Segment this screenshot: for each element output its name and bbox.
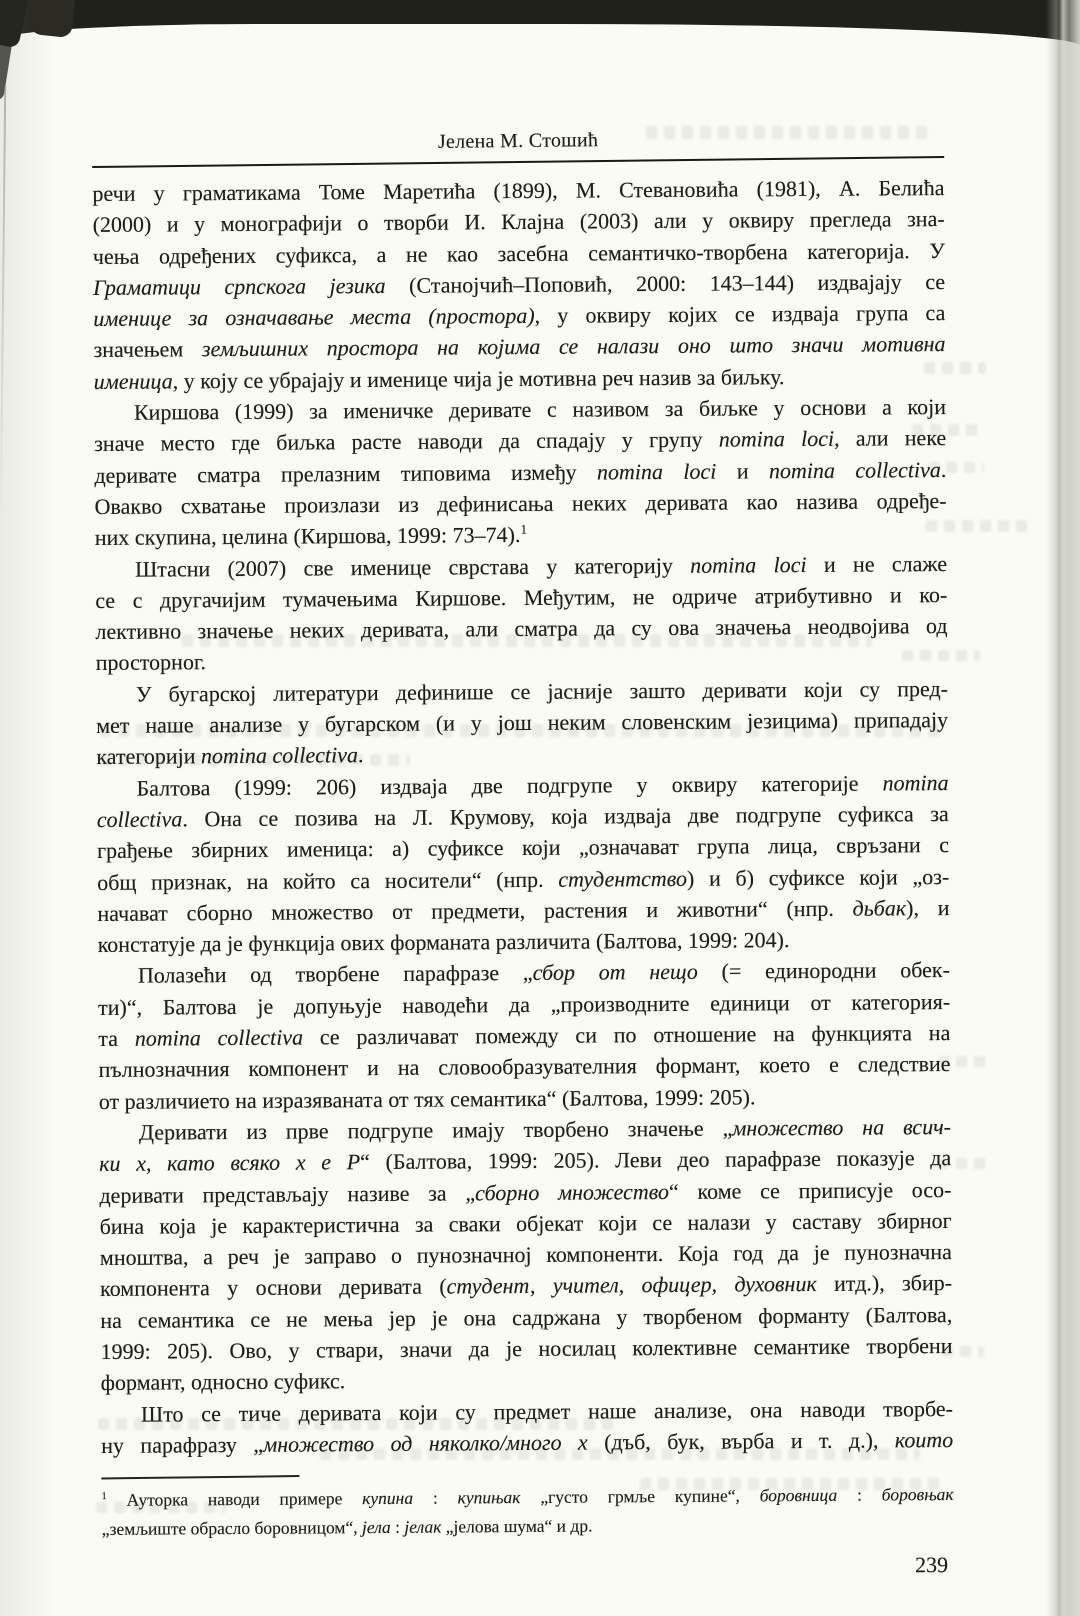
text-segment: деривате сматра прелазним типовима измеђ…: [94, 459, 597, 488]
text-segment: ) и б) суфиксе који „оз-: [687, 864, 949, 891]
text-segment: (2000) и у монографији о творби И. Клајн…: [93, 206, 945, 237]
italic-text: јела: [362, 1517, 391, 1537]
italic-text: студент, учител, офицер, духовник: [447, 1271, 817, 1299]
italic-text: collectiva: [97, 806, 183, 832]
footnote-text: 1 Ауторка наводи примере купина : купиња…: [101, 1480, 953, 1544]
italic-text: купина: [362, 1488, 413, 1508]
text-segment: компонента у основи деривата (: [100, 1274, 447, 1301]
italic-text: множество на всич-: [732, 1114, 951, 1141]
text-segment: Балтова (1999: 206) издваја две подгрупе…: [136, 770, 882, 800]
page-content: Јелена М. Стошић речи у граматикама Томе…: [92, 127, 954, 1584]
text-segment: 1999: 205). Ово, у ствари, значи да је н…: [100, 1333, 952, 1364]
italic-text: ки х, като всяко х е Р: [99, 1149, 360, 1176]
text-segment: :: [413, 1488, 458, 1508]
text-segment: Полазећи од творбене парафразе „: [138, 960, 533, 988]
text-segment: Штасни (2007) све именице сврстава у кат…: [135, 552, 690, 581]
text-segment: ), и: [906, 895, 950, 920]
text-segment: начават сборно множество от предмети, ра…: [97, 896, 852, 926]
text-segment: се с другачијим тумачењима Киршове. Међу…: [95, 582, 947, 613]
scanned-page: { "header": { "author": "Јелена М. Стоши…: [0, 0, 1080, 1616]
binder-clamp-shadow: [28, 0, 77, 38]
italic-text: именица: [94, 368, 173, 394]
italic-text: nomina collectiva: [201, 742, 358, 768]
text-segment: речи у граматикама Томе Маретића (1899),…: [92, 175, 944, 206]
text-segment: от различието на изразяваната от тях сем…: [99, 1084, 756, 1114]
text-line: мет наше анализе у бугарском (и у још не…: [96, 704, 948, 741]
footnote-rule: [101, 1475, 299, 1479]
text-line: пълнозначния компонент и на словообразув…: [98, 1048, 950, 1085]
text-line: 1999: 205). Ово, у ствари, значи да је н…: [100, 1330, 952, 1367]
text-segment: итд.), збир-: [817, 1270, 953, 1296]
text-segment: “ (Балтова, 1999: 205). Леви део парафра…: [360, 1145, 951, 1174]
text-line: 1 Ауторка наводи примере купина : купиња…: [101, 1480, 953, 1515]
italic-text: nomina: [882, 770, 948, 795]
text-segment: лективно значење неких деривата, али сма…: [95, 613, 947, 644]
text-segment: значе место где биљка расте наводи да сп…: [94, 427, 719, 456]
page-edge-shadow: [1046, 0, 1080, 1616]
text-segment: „густо грмље купине“,: [520, 1486, 759, 1508]
text-line: Овакво схватање произлази из дефинисања …: [95, 485, 947, 522]
text-segment: мноштва, а реч је заправо о пунозначној …: [100, 1239, 952, 1270]
text-segment: , у коју се убрајају и именице чија је м…: [173, 364, 785, 393]
text-segment: (= единородни обек-: [698, 957, 950, 984]
text-segment: :: [837, 1485, 882, 1505]
text-segment: “ коме се приписује осо-: [669, 1177, 952, 1204]
text-segment: Ауторка наводи примере: [107, 1488, 363, 1510]
italic-text: боровница: [760, 1485, 838, 1506]
italic-text: nomina loci: [690, 552, 806, 578]
text-segment: .: [941, 457, 947, 482]
italic-text: които: [895, 1427, 954, 1452]
text-segment: них скупина, целина (Киршова, 1999: 73–7…: [95, 522, 521, 550]
italic-text: nomina collectiva: [135, 1025, 303, 1051]
text-segment: та: [98, 1026, 135, 1051]
text-segment: чења одређених суфикса, а не као засебна…: [93, 238, 945, 269]
text-segment: просторног.: [96, 650, 206, 676]
text-segment: значењем: [93, 337, 202, 363]
italic-text: студентство: [558, 865, 687, 891]
italic-text: nomina collectiva: [769, 457, 941, 483]
italic-text: земљишних простора на којима се налази о…: [202, 332, 946, 362]
text-segment: пълнозначния компонент и на словообразув…: [98, 1051, 950, 1082]
body-text: речи у граматикама Томе Маретића (1899),…: [92, 172, 953, 1461]
italic-text: сбор от нещо: [533, 959, 698, 985]
footnote-ref: 1: [520, 522, 527, 537]
text-segment: :: [391, 1517, 405, 1537]
text-segment: „земљиште обрасло боровницом“,: [102, 1517, 362, 1539]
text-segment: У бугарској литератури дефинише се јасни…: [136, 676, 948, 707]
italic-text: именице за означавање места (простора): [93, 303, 534, 331]
text-segment: ну парафразу „: [101, 1432, 263, 1458]
text-segment: категорији: [96, 744, 201, 770]
text-line: лективно значење неких деривата, али сма…: [95, 610, 947, 647]
text-segment: общ признак, на който са носители“ (нпр.: [97, 866, 558, 894]
text-segment: мет наше анализе у бугарском (и у још не…: [96, 707, 948, 738]
text-segment: се различават помежду си по отношение на…: [303, 1020, 950, 1050]
italic-text: множество од няколко/много х: [263, 1429, 588, 1456]
text-segment: , али неке: [834, 425, 946, 451]
text-line: „земљиште обрасло боровницом“, јела : је…: [102, 1509, 954, 1544]
text-segment: деривати представљају називе за „: [99, 1180, 475, 1208]
italic-text: купињак: [458, 1487, 521, 1507]
italic-text: дьбак: [852, 895, 906, 920]
text-segment: бина која је карактеристична за сваки об…: [100, 1208, 952, 1239]
text-segment: на семантика се не мења јер је она садрж…: [100, 1302, 952, 1333]
text-segment: Деривати из прве подгрупе имају творбено…: [139, 1115, 733, 1144]
text-segment: формант, односно суфикс.: [101, 1369, 346, 1396]
text-segment: грађење збирних именица: а) суфиксе који…: [97, 832, 949, 863]
text-segment: констатује да је функција ових форманата…: [98, 927, 790, 957]
text-segment: и: [716, 458, 769, 483]
text-segment: .: [358, 742, 364, 767]
italic-text: Граматици српскога језика: [93, 273, 386, 300]
text-segment: ти)“, Балтова је допуњује наводећи да „п…: [98, 989, 950, 1020]
text-segment: (дъб, бук, върба и т. д.),: [588, 1427, 895, 1454]
text-line: начават сборно множество от предмети, ра…: [97, 892, 949, 929]
italic-text: боровњак: [882, 1484, 954, 1505]
text-segment: и не слаже: [806, 551, 947, 577]
italic-text: сборно множество: [475, 1178, 669, 1204]
text-segment: „јелова шума“ и др.: [441, 1516, 592, 1537]
text-line: ки х, като всяко х е Р“ (Балтова, 1999: …: [99, 1142, 951, 1179]
text-line: ну парафразу „множество од няколко/много…: [101, 1424, 953, 1461]
text-segment: Овакво схватање произлази из дефинисања …: [95, 488, 947, 519]
text-segment: , у оквиру којих се издваја група са: [535, 300, 946, 328]
text-line: значењем земљишних простора на којима се…: [93, 329, 945, 366]
italic-text: nomina loci: [719, 426, 834, 452]
text-segment: Што се тиче деривата који су предмет наш…: [141, 1396, 953, 1427]
italic-text: јелак: [404, 1517, 441, 1537]
text-segment: . Она се позива на Л. Крумову, која издв…: [182, 801, 949, 831]
text-segment: (Станојчић–Поповић, 2000: 143–144) издва…: [385, 269, 945, 298]
text-segment: Киршова (1999) за именичке деривате с на…: [134, 394, 946, 425]
italic-text: nomina loci: [597, 458, 717, 484]
